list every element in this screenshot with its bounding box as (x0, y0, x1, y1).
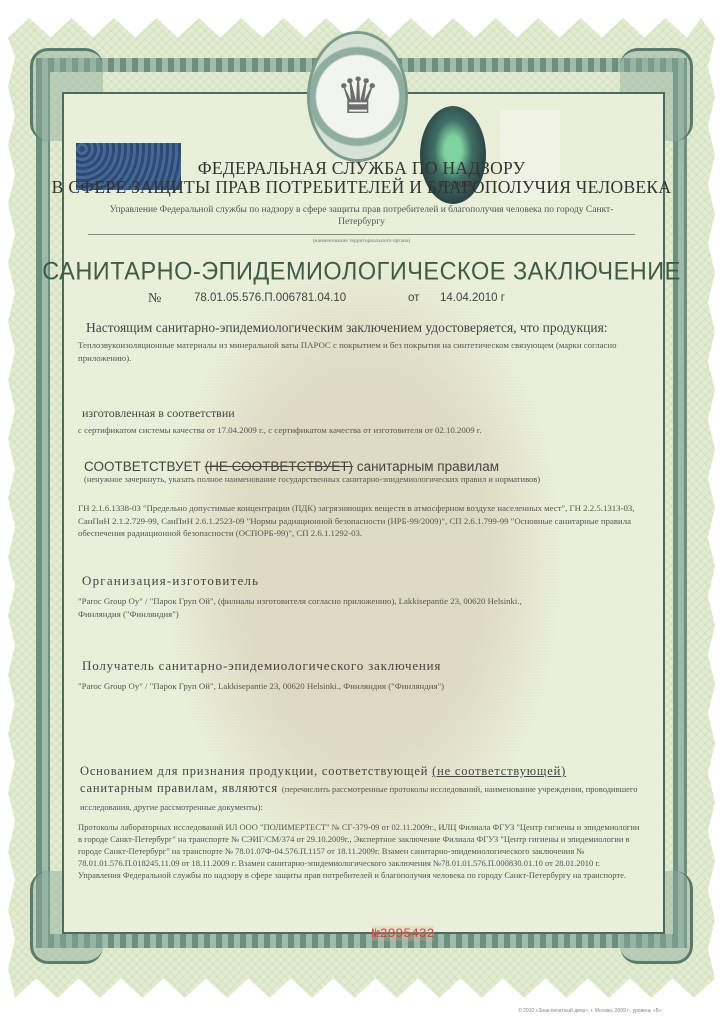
basis-label: Основанием для признания продукции, соот… (80, 763, 640, 816)
agency-name-line1: ФЕДЕРАЛЬНАЯ СЛУЖБА ПО НАДЗОРУ (0, 158, 723, 179)
conformity-rules: санитарным правилам (357, 459, 499, 474)
number-label: № (148, 291, 161, 307)
conformity-negative-struck: (НЕ СООТВЕТСТВУЕТ) (205, 459, 353, 474)
date-label: от (408, 292, 419, 304)
manufacture-label: изготовленная в соответствии (82, 406, 235, 421)
conformity-statement: СООТВЕТСТВУЕТ (НЕ СООТВЕТСТВУЕТ) санитар… (84, 459, 499, 474)
document-title: САНИТАРНО-ЭПИДЕМИОЛОГИЧЕСКОЕ ЗАКЛЮЧЕНИЕ (0, 257, 723, 285)
manufacture-text: с сертификатом системы качества от 17.04… (78, 424, 653, 437)
double-headed-eagle-icon: ♛ (335, 60, 381, 132)
agency-name-line2: В СФЕРЕ ЗАЩИТЫ ПРАВ ПОТРЕБИТЕЛЕЙ И БЛАГО… (0, 177, 723, 198)
office-caption: (наименование территориального органа) (0, 238, 723, 244)
document-number: 78.01.05.576.П.006781.04.10 (194, 292, 346, 304)
divider (88, 234, 635, 235)
document-date: 14.04.2010 г (440, 292, 505, 304)
conformity-note: (ненужное зачеркнуть, указать полное наи… (84, 474, 639, 485)
form-serial-number: №2995432 (372, 926, 434, 941)
basis-documents: Протоколы лабораторных исследований ИЛ О… (78, 821, 643, 881)
basis-label-end: санитарным правилам, являются (80, 781, 278, 795)
basis-label-start: Основанием для признания продукции, соот… (80, 764, 428, 778)
manufacturer-label: Организация-изготовитель (82, 573, 259, 589)
conformity-positive: СООТВЕТСТВУЕТ (84, 459, 201, 474)
basis-label-struck: (не соответствующей) (432, 764, 566, 778)
manufacturer-text: "Paroc Group Oy" / "Парок Груп Ой", (фил… (78, 595, 548, 620)
recipient-text: "Paroc Group Oy" / "Парок Груп Ой", Lakk… (78, 680, 653, 693)
recipient-label: Получатель санитарно-эпидемиологического… (82, 658, 441, 674)
printer-copyright: © 2010 «Знак-печатный двор», г. Москва, … (518, 1008, 662, 1014)
territorial-office: Управление Федеральной службы по надзору… (90, 204, 633, 228)
certification-lead: Настоящим санитарно-эпидемиологическим з… (86, 320, 608, 336)
product-description: Теплозвукоизоляционные материалы из мине… (78, 339, 648, 364)
sanitary-standards: ГН 2.1.6.1338-03 "Предельно допустимые к… (78, 502, 638, 540)
